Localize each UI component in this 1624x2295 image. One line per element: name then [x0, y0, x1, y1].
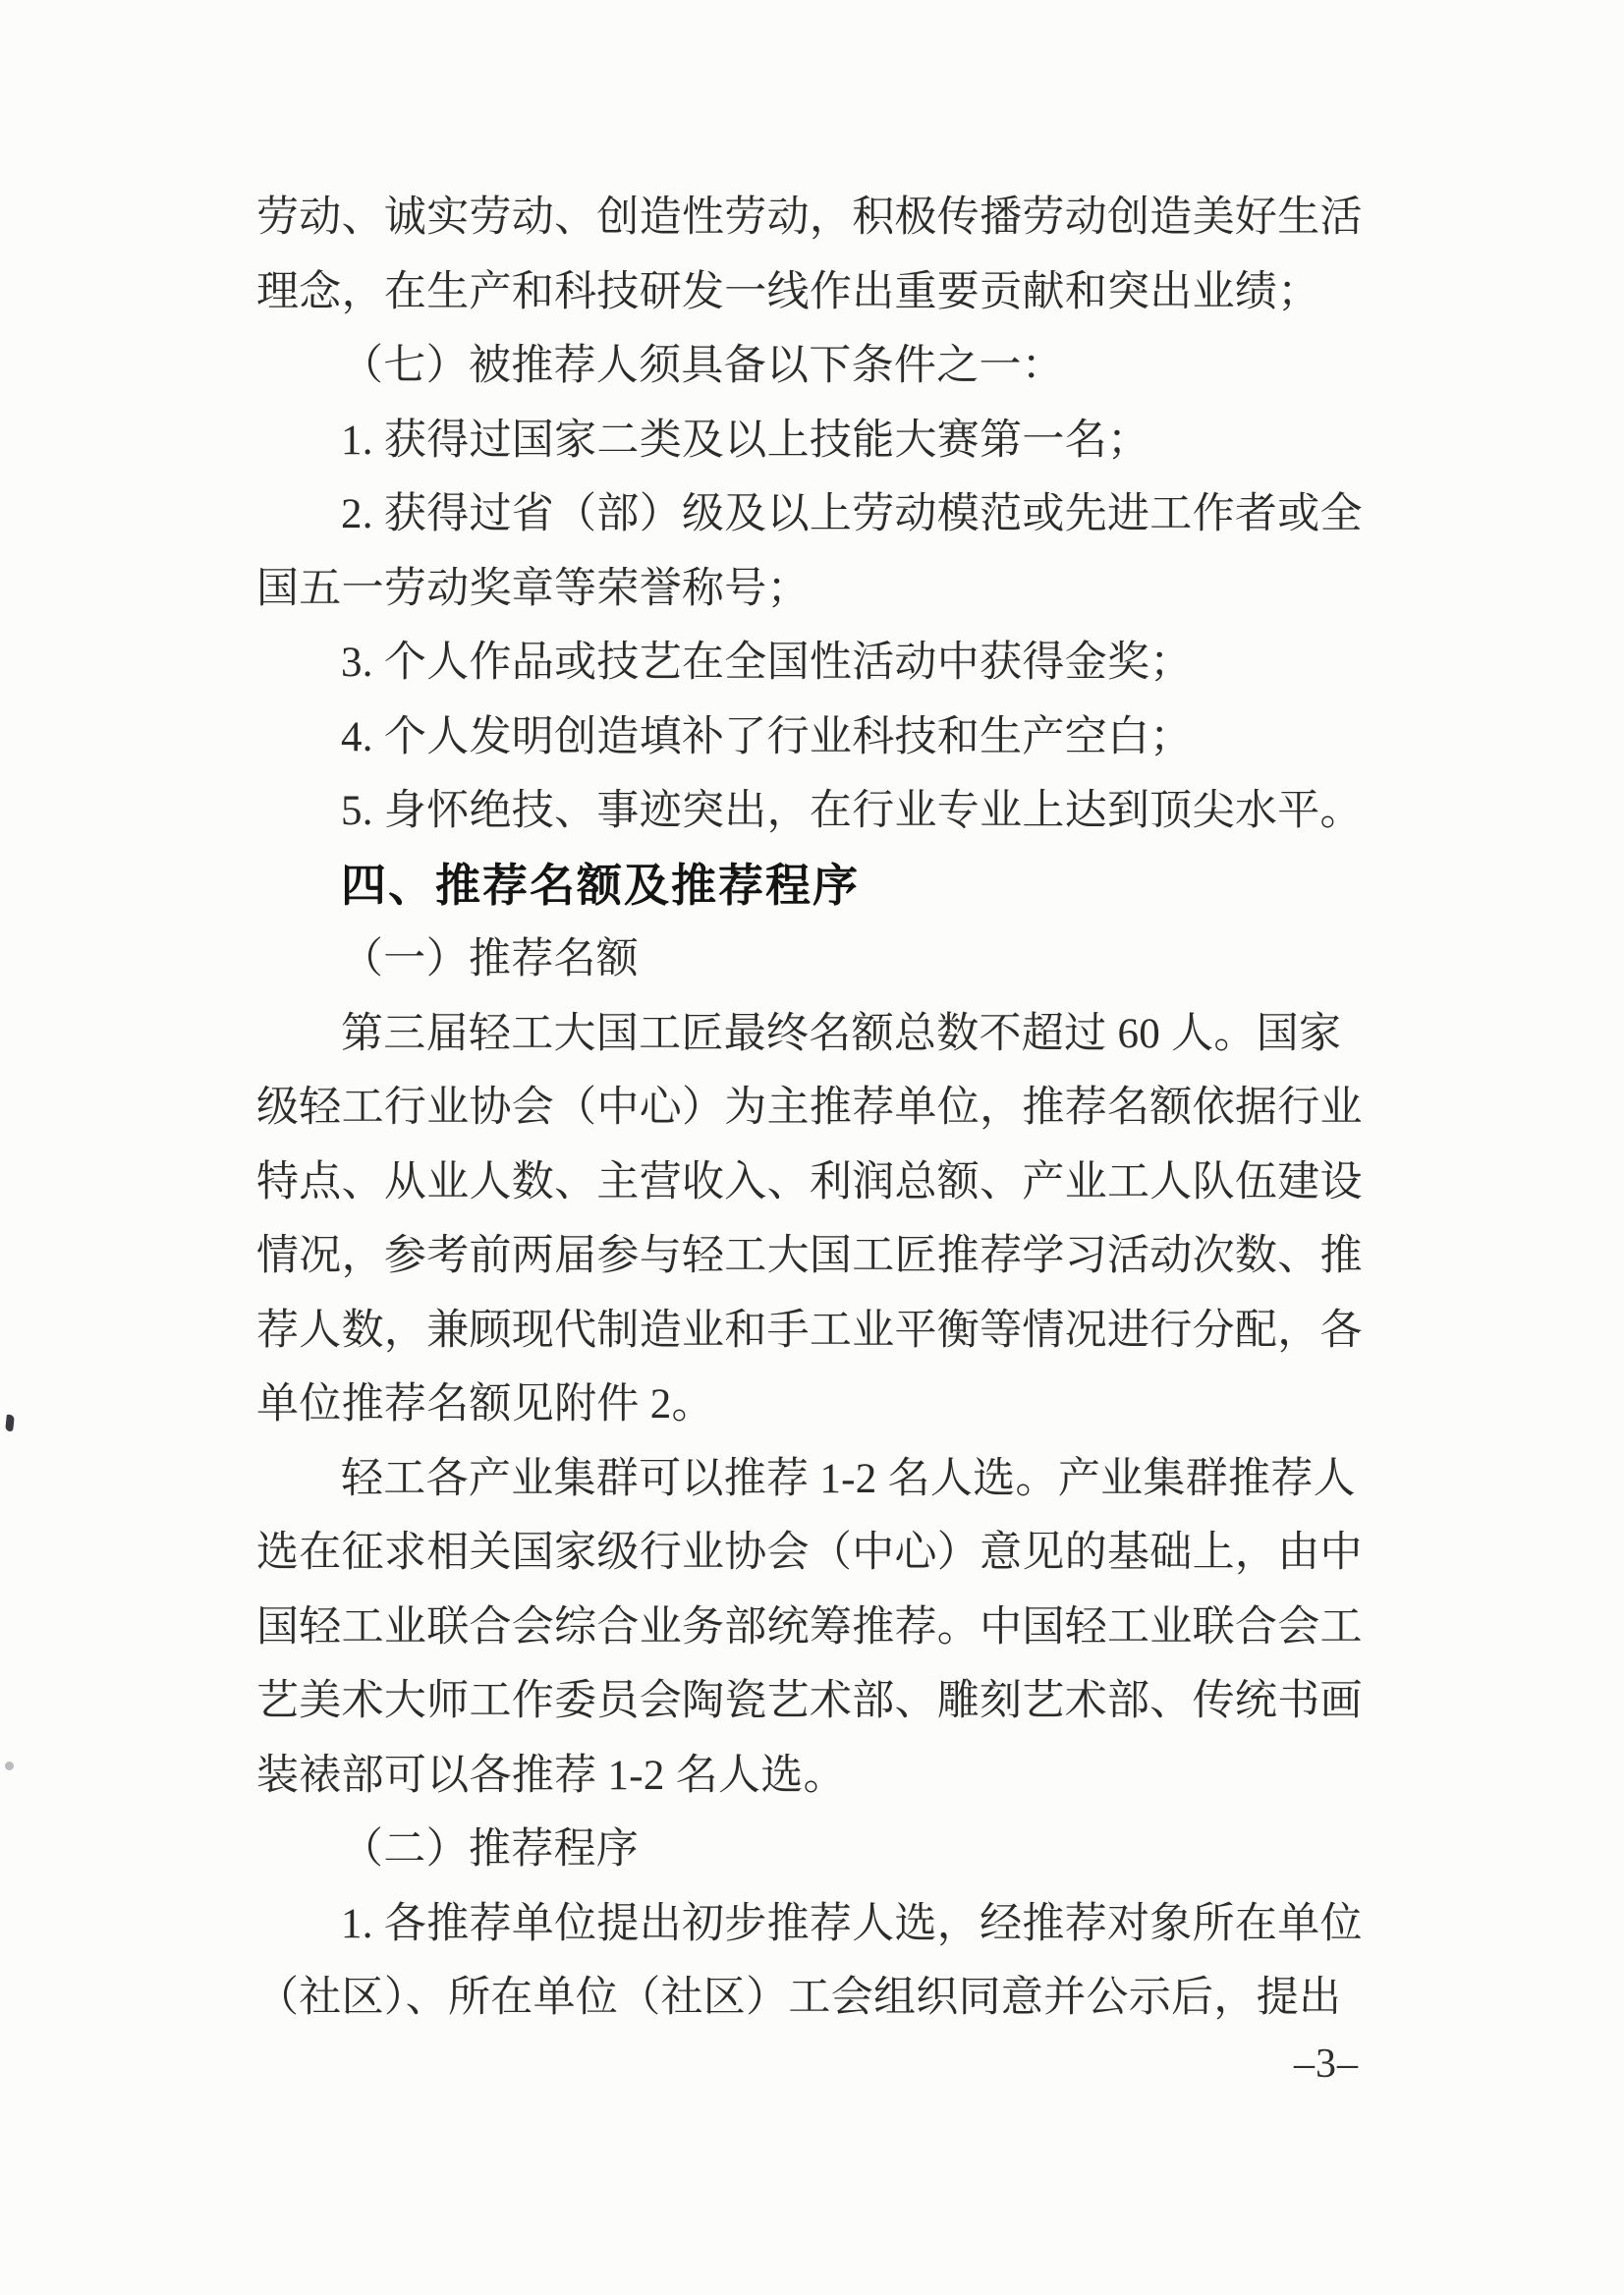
text-line: 选在征求相关国家级行业协会（中心）意见的基础上，由中: [256, 1516, 1359, 1591]
text-line: 劳动、诚实劳动、创造性劳动，积极传播劳动创造美好生活: [256, 181, 1359, 255]
text-line: 级轻工行业协会（中心）为主推荐单位，推荐名额依据行业: [256, 1071, 1359, 1146]
text-line: 1. 获得过国家二类及以上技能大赛第一名；: [256, 404, 1359, 478]
text-line: 单位推荐名额见附件 2。: [256, 1368, 1359, 1442]
page-number: –3–: [256, 2043, 1359, 2086]
text-line: 艺美术大师工作委员会陶瓷艺术部、雕刻艺术部、传统书画: [256, 1664, 1359, 1739]
text-line: 国轻工业联合会综合业务部统筹推荐。中国轻工业联合会工: [256, 1591, 1359, 1665]
text-line: 2. 获得过省（部）级及以上劳动模范或先进工作者或全: [256, 477, 1359, 552]
text-line: 轻工各产业集群可以推荐 1-2 名人选。产业集群推荐人: [256, 1442, 1359, 1517]
text-line: 3. 个人作品或技艺在全国性活动中获得金奖；: [256, 626, 1359, 700]
text-line: 理念，在生产和科技研发一线作出重要贡献和突出业绩；: [256, 255, 1359, 330]
text-line: 第三届轻工大国工匠最终名额总数不超过 60 人。国家: [256, 997, 1359, 1072]
text-line: 情况，参考前两届参与轻工大国工匠推荐学习活动次数、推: [256, 1219, 1359, 1294]
text-line: 荐人数，兼顾现代制造业和手工业平衡等情况进行分配，各: [256, 1294, 1359, 1369]
text-line: （一）推荐名额: [256, 923, 1359, 997]
text-line: 5. 身怀绝技、事迹突出，在行业专业上达到顶尖水平。: [256, 774, 1359, 849]
section-heading: 四、推荐名额及推荐程序: [256, 849, 1359, 924]
text-line: 特点、从业人数、主营收入、利润总额、产业工人队伍建设: [256, 1146, 1359, 1220]
document-page: 劳动、诚实劳动、创造性劳动，积极传播劳动创造美好生活理念，在生产和科技研发一线作…: [0, 0, 1624, 2295]
text-line: （二）推荐程序: [256, 1813, 1359, 1887]
text-line: 1. 各推荐单位提出初步推荐人选，经推荐对象所在单位: [256, 1887, 1359, 1962]
scan-speck-light: [5, 1762, 14, 1770]
text-line: （七）被推荐人须具备以下条件之一：: [256, 329, 1359, 404]
scan-speck-dark: [5, 1415, 15, 1432]
text-line: 国五一劳动奖章等荣誉称号；: [256, 552, 1359, 627]
text-line: 装裱部可以各推荐 1-2 名人选。: [256, 1739, 1359, 1814]
text-line: 4. 个人发明创造填补了行业科技和生产空白；: [256, 700, 1359, 775]
text-line: （社区）、所在单位（社区）工会组织同意并公示后，提出: [256, 1961, 1359, 2036]
document-body: 劳动、诚实劳动、创造性劳动，积极传播劳动创造美好生活理念，在生产和科技研发一线作…: [256, 181, 1359, 2036]
